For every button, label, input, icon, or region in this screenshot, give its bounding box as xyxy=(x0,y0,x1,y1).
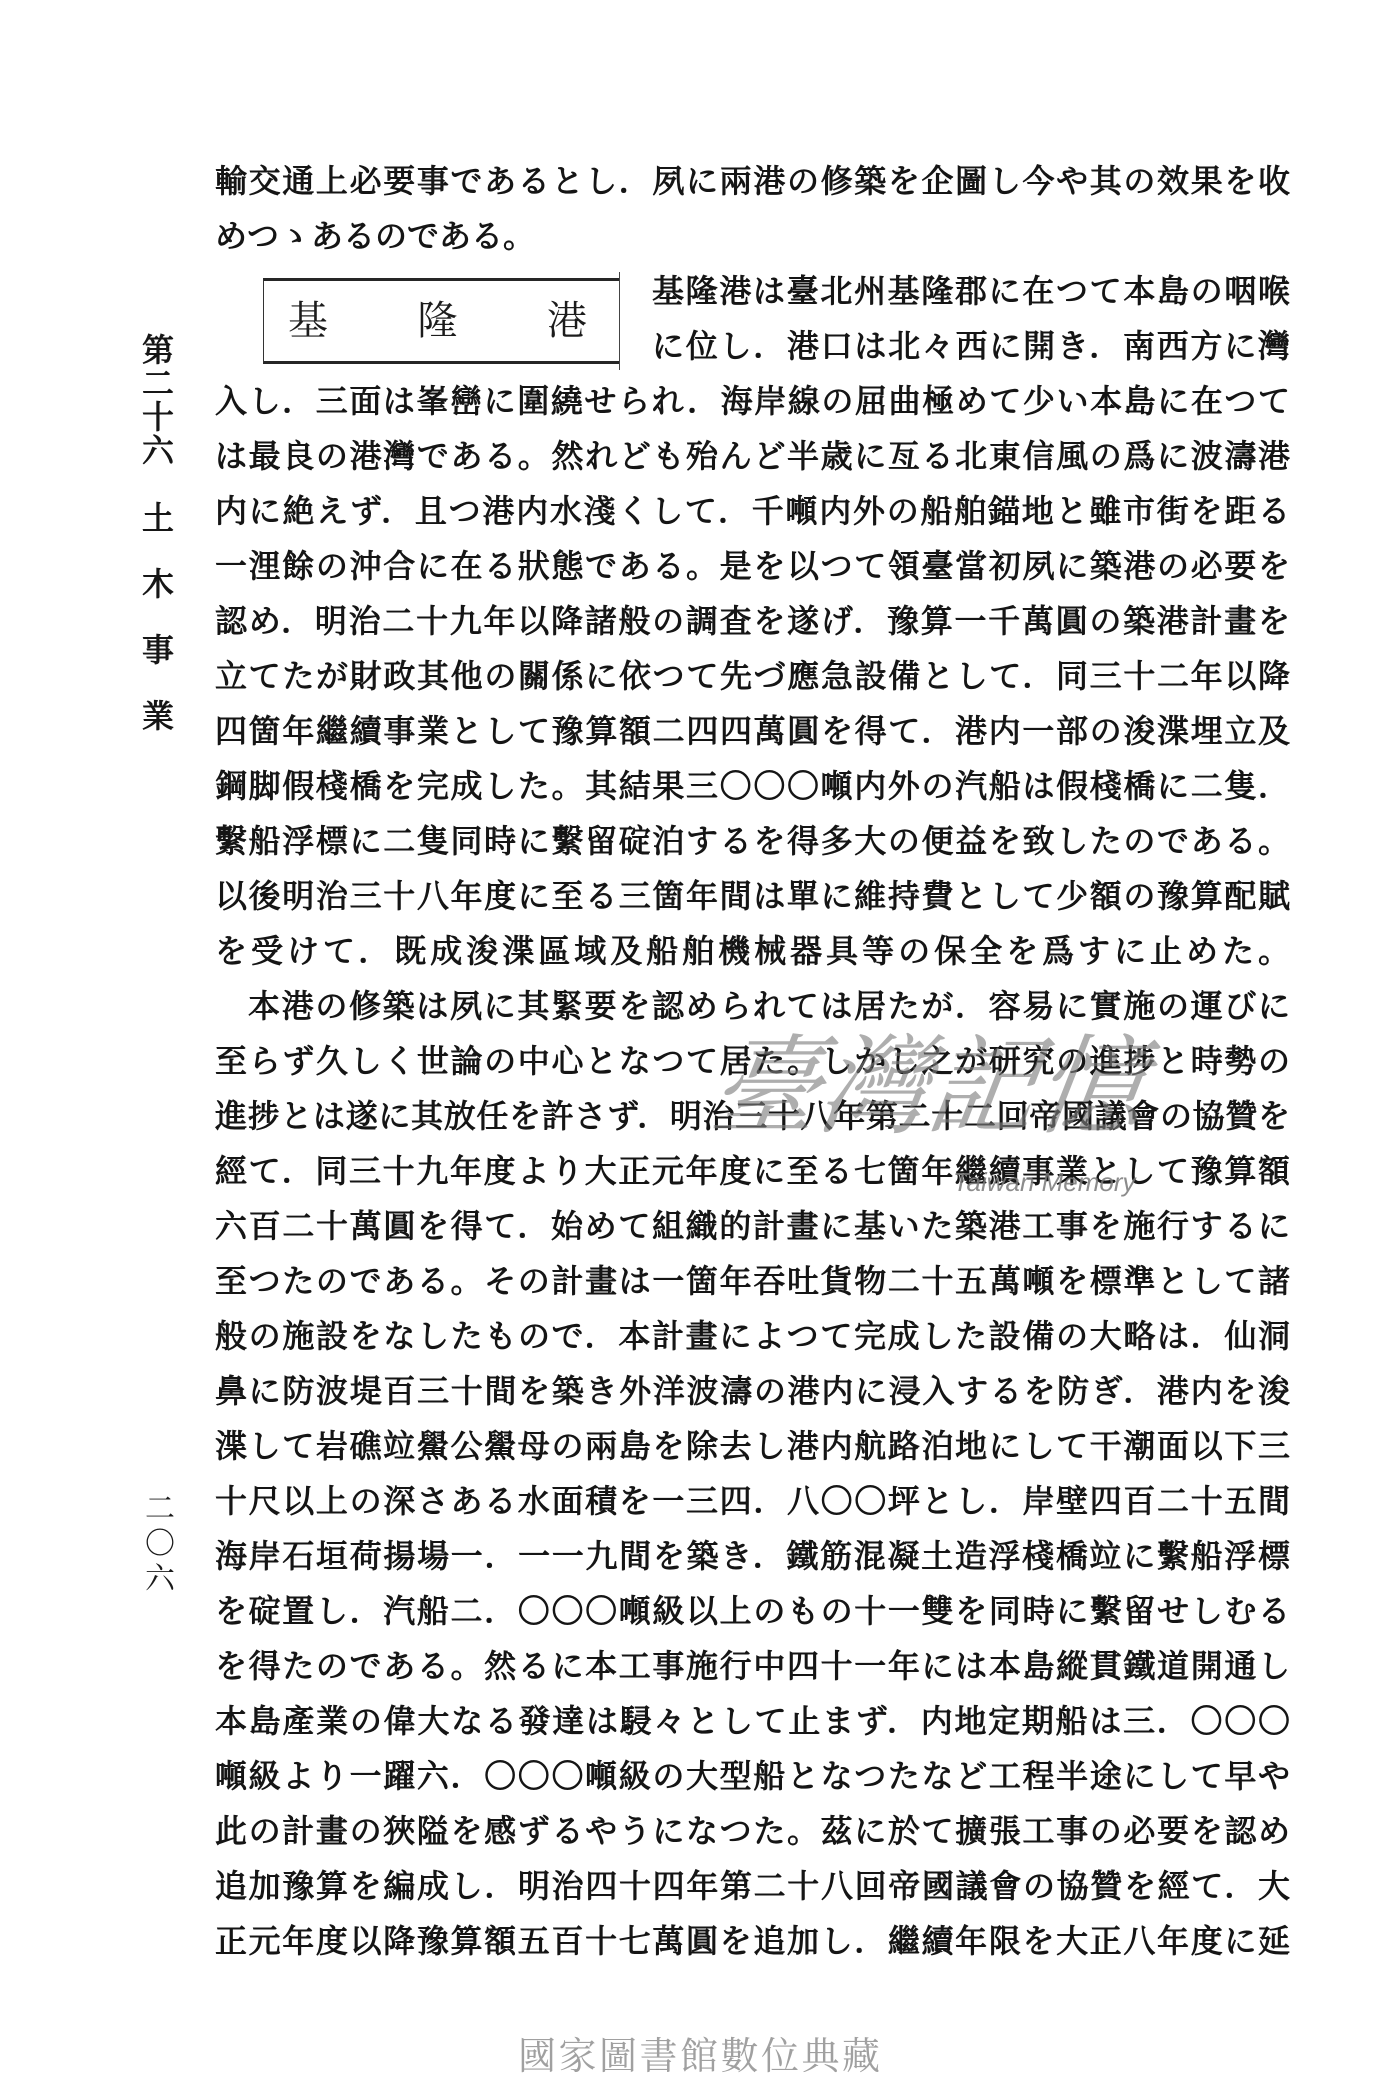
text-line: 六百二十萬圓を得て．始めて組織的計畫に基いた築港工事を施行するに xyxy=(215,1199,1290,1254)
text-line: 認め．明治二十九年以降諸般の調査を遂げ．豫算一千萬圓の築港計畫を xyxy=(215,594,1290,649)
scanned-document-page: 第二十六 土木事業 二〇六 基 隆 港 輸交通上必要事であるとし．夙に兩港の修築… xyxy=(0,0,1400,2100)
body-text: 輸交通上必要事であるとし．夙に兩港の修築を企圖し今や其の效果を收 めつゝあるので… xyxy=(215,154,1290,1969)
text-line: 鼻に防波堤百三十間を築き外洋波濤の港内に浸入するを防ぎ．港内を浚 xyxy=(215,1364,1290,1419)
text-line: 至つたのである。その計畫は一箇年吞吐貨物二十五萬噸を標準として諸 xyxy=(215,1254,1290,1309)
text-line: を得たのである。然るに本工事施行中四十一年には本島縱貫鐵道開通し xyxy=(215,1639,1290,1694)
text-line: 四箇年繼續事業として豫算額二四四萬圓を得て．港内一部の浚渫埋立及 xyxy=(215,704,1290,759)
text-line: 鋼脚假棧橋を完成した。其結果三〇〇〇噸内外の汽船は假棧橋に二隻． xyxy=(215,759,1290,814)
page-number: 二〇六 xyxy=(140,1492,172,1597)
margin-section-title: 土木事業 xyxy=(139,501,173,765)
text-line: 内に絶えず．且つ港内水淺くして．千噸内外の船舶錨地と雖市街を距る xyxy=(215,484,1290,539)
text-line: 渫して岩礁竝鱟公鱟母の兩島を除去し港内航路泊地にして干潮面以下三 xyxy=(215,1419,1290,1474)
text-line: 至らず久しく世論の中心となつて居た。しかし之が研究の進捗と時勢の xyxy=(215,1034,1290,1089)
text-line: 追加豫算を編成し．明治四十四年第二十八回帝國議會の協贊を經て．大 xyxy=(215,1859,1290,1914)
text-line: を受けて．既成浚渫區域及船舶機械器具等の保全を爲すに止めた。 xyxy=(215,924,1290,979)
text-line: は最良の港灣である。然れども殆んど半歳に亙る北東信風の爲に波濤港 xyxy=(215,429,1290,484)
text-line: 般の施設をなしたもので．本計畫によつて完成した設備の大略は．仙洞 xyxy=(215,1309,1290,1364)
text-line: 基隆港は臺北州基隆郡に在つて本島の咽喉 xyxy=(652,264,1290,319)
text-line: を碇置し．汽船二．〇〇〇噸級以上のもの十一雙を同時に繫留せしむる xyxy=(215,1584,1290,1639)
text-line: 十尺以上の深さある水面積を一三四．八〇〇坪とし．岸壁四百二十五間 xyxy=(215,1474,1290,1529)
text-line: 入し．三面は峯巒に圍繞せられ．海岸線の屈曲極めて少い本島に在つて xyxy=(215,374,1290,429)
text-line: 立てたが財政其他の關係に依つて先づ應急設備として．同三十二年以降 xyxy=(215,649,1290,704)
text-line: めつゝあるのである。 xyxy=(215,209,1290,264)
archive-footer-label: 國家圖書館數位典藏 xyxy=(518,2034,883,2078)
text-line: 經て．同三十九年度より大正元年度に至る七箇年繼續事業として豫算額 xyxy=(215,1144,1290,1199)
text-line: 進捗とは遂に其放任を許さず．明治三十八年第二十二回帝國議會の協贊を xyxy=(215,1089,1290,1144)
text-line: 噸級より一躍六．〇〇〇噸級の大型船となつたなど工程半途にして早や xyxy=(215,1749,1290,1804)
paragraph-start-line: 本港の修築は夙に其緊要を認められては居たが．容易に實施の運びに xyxy=(215,979,1290,1034)
text-line: 本島產業の偉大なる發達は駸々として止まず．内地定期船は三．〇〇〇 xyxy=(215,1694,1290,1749)
text-line: 海岸石垣荷揚場一．一一九間を築き．鐵筋混凝土造浮棧橋竝に繫船浮標 xyxy=(215,1529,1290,1584)
text-line: に位し．港口は北々西に開き．南西方に灣 xyxy=(652,319,1290,374)
margin-chapter-label: 第二十六 xyxy=(139,333,173,467)
text-line: 此の計畫の狹隘を感ずるやうになつた。茲に於て擴張工事の必要を認め xyxy=(215,1804,1290,1859)
text-line: 正元年度以降豫算額五百十七萬圓を追加し．繼續年限を大正八年度に延 xyxy=(215,1914,1290,1969)
text-line: 以後明治三十八年度に至る三箇年間は單に維持費として少額の豫算配賦 xyxy=(215,869,1290,924)
text-line: 輸交通上必要事であるとし．夙に兩港の修築を企圖し今や其の效果を收 xyxy=(215,154,1290,209)
text-line: 一浬餘の沖合に在る狀態である。是を以つて領臺當初夙に築港の必要を xyxy=(215,539,1290,594)
text-line: 繫船浮標に二隻同時に繫留碇泊するを得多大の便益を致したのである。 xyxy=(215,814,1290,869)
